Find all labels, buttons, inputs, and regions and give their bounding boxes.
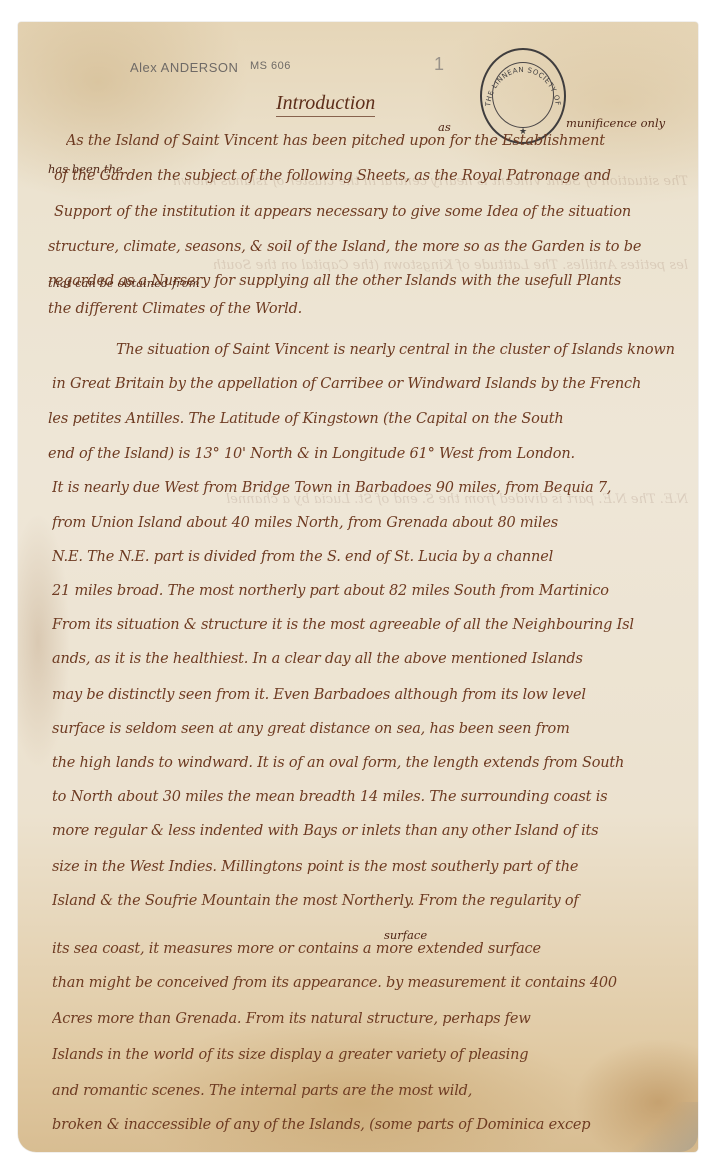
manuscript-line: Acres more than Grenada. From its natura… bbox=[52, 1010, 692, 1028]
manuscript-line: 21 miles broad. The most northerly part … bbox=[52, 582, 692, 600]
manuscript-line: les petites Antilles. The Latitude of Ki… bbox=[48, 410, 688, 428]
manuscript-line: in Great Britain by the appellation of C… bbox=[52, 375, 692, 393]
manuscript-line: As the Island of Saint Vincent has been … bbox=[66, 132, 706, 150]
manuscript-line: may be distinctly seen from it. Even Bar… bbox=[52, 686, 692, 704]
folio-number: 1 bbox=[434, 54, 445, 75]
manuscript-line: It is nearly due West from Bridge Town i… bbox=[52, 479, 692, 497]
manuscript-line: The situation of Saint Vincent is nearly… bbox=[116, 341, 696, 359]
manuscript-line: surface is seldom seen at any great dist… bbox=[52, 720, 692, 738]
bleed-through-text: les petites Antilles. The Latitude of Ki… bbox=[68, 258, 688, 273]
manuscript-line: ands, as it is the healthiest. In a clea… bbox=[52, 650, 692, 668]
linnean-society-stamp: THE LINNEAN SOCIETY OF LONDON ★ bbox=[480, 48, 566, 144]
manuscript-line: From its situation & structure it is the… bbox=[52, 616, 692, 634]
manuscript-line: more regular & less indented with Bays o… bbox=[52, 822, 692, 840]
manuscript-line: Support of the institution it appears ne… bbox=[54, 203, 694, 221]
page-title: Introduction bbox=[276, 92, 375, 117]
manuscript-line: N.E. The N.E. part is divided from the S… bbox=[52, 548, 692, 566]
manuscript-line: broken & inaccessible of any of the Isla… bbox=[52, 1116, 692, 1134]
manuscript-line: from Union Island about 40 miles North, … bbox=[52, 514, 692, 532]
manuscript-line: Islands in the world of its size display… bbox=[52, 1046, 692, 1064]
manuscript-line: its sea coast, it measures more or conta… bbox=[52, 940, 692, 958]
manuscript-line: end of the Island) is 13° 10' North & in… bbox=[48, 445, 688, 463]
manuscript-line: regarded as a Nursery for supplying all … bbox=[48, 272, 688, 290]
manuscript-page: Alex ANDERSON MS 606 1 THE LINNEAN SOCIE… bbox=[18, 22, 698, 1152]
interlinear-edit: munificence only bbox=[566, 116, 665, 130]
author-pencil-note: Alex ANDERSON bbox=[130, 60, 238, 75]
manuscript-line: the high lands to windward. It is of an … bbox=[52, 754, 692, 772]
manuscript-line: to North about 30 miles the mean breadth… bbox=[52, 788, 692, 806]
manuscript-line: than might be conceived from its appeara… bbox=[52, 974, 692, 992]
manuscript-line: and romantic scenes. The internal parts … bbox=[52, 1082, 692, 1100]
manuscript-line: structure, climate, seasons, & soil of t… bbox=[48, 238, 688, 256]
manuscript-line: Island & the Soufrie Mountain the most N… bbox=[52, 892, 692, 910]
manuscript-line: the different Climates of the World. bbox=[48, 300, 688, 318]
stamp-inner-ring bbox=[492, 62, 554, 128]
shelfmark: MS 606 bbox=[250, 60, 291, 72]
manuscript-line: of the Garden the subject of the followi… bbox=[54, 167, 694, 185]
manuscript-line: size in the West Indies. Millingtons poi… bbox=[52, 858, 692, 876]
